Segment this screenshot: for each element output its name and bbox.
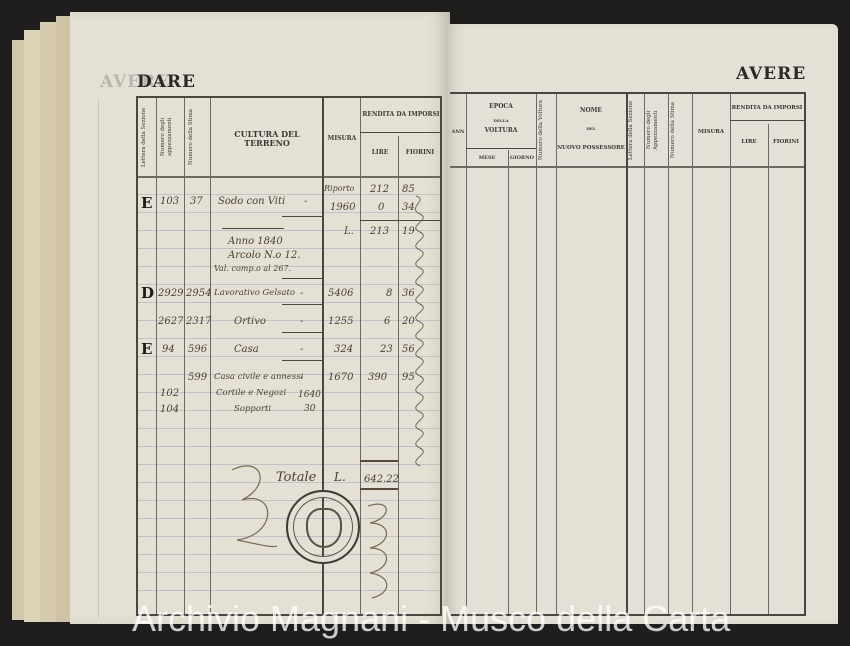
margin-rule bbox=[98, 98, 99, 618]
archive-watermark: Archivio Magnani - Musco della Carta bbox=[132, 598, 730, 640]
dash-mark: - bbox=[304, 196, 307, 207]
col-header-lettera: Lettera della Sezione bbox=[628, 98, 642, 162]
lire-value: 6 bbox=[384, 316, 390, 327]
col-header-nome: NOME bbox=[556, 106, 626, 115]
section-letter: E bbox=[141, 340, 152, 358]
misura-value: 5406 bbox=[328, 288, 353, 299]
col-header-misura: MISURA bbox=[692, 128, 730, 137]
col-header-misura: MISURA bbox=[324, 134, 360, 143]
col-header-della: DELLA bbox=[466, 116, 536, 125]
sub-measure: 1640 bbox=[298, 390, 321, 400]
stima-number: 599 bbox=[188, 372, 207, 383]
col-header-anno: ANN bbox=[450, 128, 466, 137]
stima-number: 2317 bbox=[186, 316, 211, 327]
col-header-del: DEL bbox=[556, 124, 626, 133]
cultura-text: Sopporti bbox=[234, 404, 271, 414]
official-seal-stamp bbox=[286, 490, 360, 564]
dash-mark: - bbox=[300, 344, 303, 355]
dash-mark: - bbox=[300, 288, 303, 299]
col-header-numero-stima: Numero della Stima bbox=[188, 104, 206, 170]
appezzamento-number: 2627 bbox=[158, 316, 183, 327]
col-header-nuovo-possessore: NUOVO POSSESSORE bbox=[556, 144, 626, 153]
page-title-dare: DARE bbox=[137, 72, 196, 92]
section-letter: D bbox=[141, 284, 154, 302]
col-header-numero-voltura: Numero della Voltura bbox=[538, 98, 554, 162]
misura-value: 1670 bbox=[328, 372, 353, 383]
lire-value: 8 bbox=[386, 288, 392, 299]
appezzamento-number: 94 bbox=[162, 344, 175, 355]
total-value: 642.22 bbox=[364, 474, 399, 485]
lire-value: 390 bbox=[368, 372, 387, 383]
section-letter: E bbox=[141, 194, 152, 212]
stima-number: 37 bbox=[190, 196, 203, 207]
lire-value: 23 bbox=[380, 344, 393, 355]
appezzamento-number: 104 bbox=[160, 404, 179, 415]
misura-value: 1255 bbox=[328, 316, 353, 327]
total-currency: L. bbox=[334, 470, 346, 484]
cultura-text: Casa civile e annessi bbox=[214, 372, 303, 382]
col-header-rendita: RENDITA DA IMPORSI bbox=[730, 104, 804, 113]
lire-value: 212 bbox=[370, 184, 389, 195]
col-header-cultura: CULTURA DEL TERRENO bbox=[212, 130, 322, 148]
dash-mark: - bbox=[300, 316, 303, 327]
crest-icon bbox=[306, 508, 342, 548]
sub-measure: 30 bbox=[304, 404, 315, 414]
col-header-lettera: Lettera della Sezione bbox=[141, 104, 153, 170]
cultura-text: Cortile e Negozi bbox=[216, 388, 286, 398]
appezzamento-number: 103 bbox=[160, 196, 179, 207]
avere-ledger-table: ANN EPOCA DELLA VOLTURA MESE GIORNO Nume… bbox=[450, 92, 806, 616]
cultura-text: Sodo con Viti bbox=[218, 196, 285, 207]
cultura-text: Casa bbox=[234, 344, 259, 355]
col-header-voltura: VOLTURA bbox=[466, 126, 536, 135]
col-header-numero-appezzamenti: Numero degli Appezzamenti bbox=[646, 98, 666, 162]
appezzamento-number: 102 bbox=[160, 388, 179, 399]
misura-value: 1960 bbox=[330, 202, 355, 213]
lire-subtotal: 213 bbox=[370, 226, 389, 237]
stima-number: 596 bbox=[188, 344, 207, 355]
cultura-text: Lavorativo Gelsato bbox=[214, 288, 295, 298]
page-title-avere: AVERE bbox=[736, 64, 806, 84]
riporto-note: Riporto bbox=[324, 184, 354, 193]
col-header-giorno: GIORNO bbox=[508, 154, 536, 163]
stima-number: 2954 bbox=[186, 288, 211, 299]
col-header-fiorini: FIORINI bbox=[400, 148, 440, 157]
cancel-flourish-icon bbox=[222, 460, 282, 550]
total-label: Totale bbox=[276, 470, 316, 485]
col-header-rendita: RENDITA DA IMPORSI bbox=[362, 110, 440, 119]
dash-mark: - bbox=[300, 372, 303, 383]
col-header-epoca: EPOCA bbox=[466, 102, 536, 111]
annotation-value: Val. comp.o al 267. bbox=[214, 264, 291, 273]
col-header-numero-stima: Numero della Stima bbox=[670, 98, 690, 162]
col-header-lire: LIRE bbox=[362, 148, 398, 157]
col-header-mese: MESE bbox=[466, 154, 508, 163]
col-header-numero-appezzamenti: Numero degli appezzamenti bbox=[160, 104, 180, 170]
misura-value: 324 bbox=[334, 344, 353, 355]
annotation-arcolo: Arcolo N.o 12. bbox=[228, 250, 300, 261]
col-header-fiorini: FIORINI bbox=[768, 138, 804, 147]
col-header-lire: LIRE bbox=[730, 138, 768, 147]
right-page: AVERE ANN EPOCA DELLA VOLTURA MESE GIORN… bbox=[446, 24, 838, 624]
wavy-cancel-line-icon bbox=[404, 194, 434, 484]
annotation-year: Anno 1840 bbox=[228, 236, 283, 247]
appezzamento-number: 2929 bbox=[158, 288, 183, 299]
lire-value: 0 bbox=[378, 202, 384, 213]
currency-mark: L. bbox=[344, 226, 354, 237]
cultura-text: Ortivo bbox=[234, 316, 266, 327]
left-page: AVERE DARE Lettera della Sezione Numero … bbox=[70, 12, 450, 624]
